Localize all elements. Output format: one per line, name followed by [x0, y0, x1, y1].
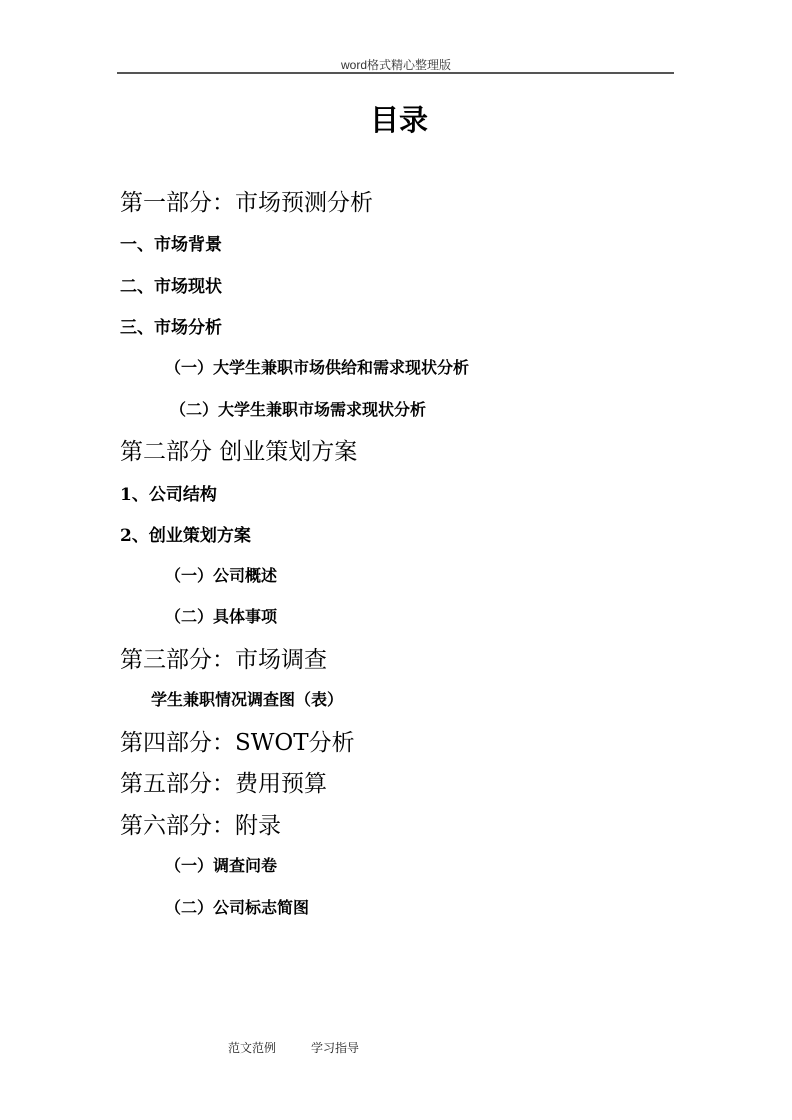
toc-item-market-status: 二、市场现状: [120, 272, 222, 297]
toc-part-4: 第四部分：SWOT分析: [120, 724, 355, 757]
footer-right-text: 学习指导: [311, 1039, 359, 1056]
toc-item-market-background: 一、市场背景: [120, 230, 222, 255]
toc-item-company-structure: 1、公司结构: [120, 480, 217, 505]
toc-title: 目录: [0, 98, 792, 139]
toc-part-1: 第一部分：市场预测分析: [120, 184, 373, 217]
footer-left-text: 范文范例: [228, 1039, 276, 1056]
page-header-text: word格式精心整理版: [0, 56, 792, 73]
toc-item-survey-chart: 学生兼职情况调查图（表）: [151, 687, 343, 710]
toc-item-business-plan: 2、创业策划方案: [120, 521, 251, 546]
toc-part-2: 第二部分 创业策划方案: [120, 433, 357, 466]
toc-subitem-supply-demand: （一）大学生兼职市场供给和需求现状分析: [165, 355, 469, 378]
toc-subitem-logo-sketch: （二）公司标志简图: [165, 895, 309, 918]
toc-item-market-analysis: 三、市场分析: [120, 313, 222, 338]
toc-part-6: 第六部分：附录: [120, 807, 281, 840]
toc-subitem-questionnaire: （一）调查问卷: [165, 853, 277, 876]
toc-part-3: 第三部分：市场调查: [120, 641, 327, 674]
header-divider: [117, 72, 674, 74]
toc-subitem-specific-matters: （二）具体事项: [165, 604, 277, 627]
toc-subitem-demand: （二）大学生兼职市场需求现状分析: [170, 397, 426, 420]
toc-part-5: 第五部分：费用预算: [120, 765, 327, 798]
toc-subitem-company-overview: （一）公司概述: [165, 563, 277, 586]
